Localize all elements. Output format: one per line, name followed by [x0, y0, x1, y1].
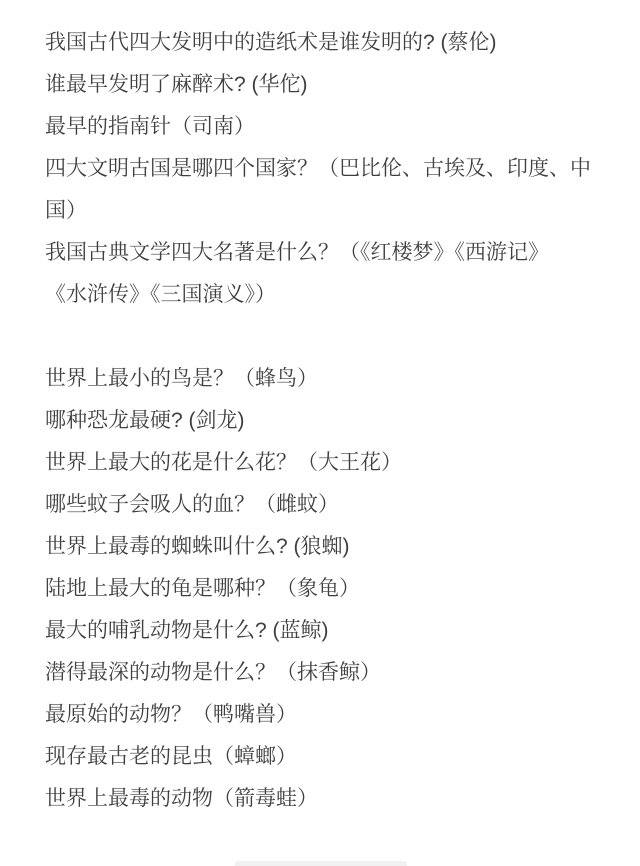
- quiz-line: 四大文明古国是哪四个国家？（巴比伦、古埃及、印度、中 国）: [45, 148, 606, 232]
- quiz-line: 世界上最毒的动物（箭毒蛙）: [45, 778, 606, 820]
- article-body: 我国古代四大发明中的造纸术是谁发明的? (蔡伦) 谁最早发明了麻醉术? (华佗)…: [0, 0, 640, 820]
- quiz-line: 哪些蚊子会吸人的血？（雌蚊）: [45, 484, 606, 526]
- quiz-section-nature-animals: 世界上最小的鸟是？（蜂鸟） 哪种恐龙最硬? (剑龙) 世界上最大的花是什么花？（…: [45, 358, 606, 820]
- quiz-line: 最早的指南针（司南）: [45, 106, 606, 148]
- quiz-line: 我国古典文学四大名著是什么？（《红楼梦》《西游记》 《水浒传》《三国演义》）: [45, 232, 606, 316]
- quiz-line: 我国古代四大发明中的造纸术是谁发明的? (蔡伦): [45, 22, 606, 64]
- quiz-line: 世界上最小的鸟是？（蜂鸟）: [45, 358, 606, 400]
- bottom-partial-bar: [235, 861, 407, 866]
- quiz-line: 潜得最深的动物是什么？（抹香鲸）: [45, 652, 606, 694]
- quiz-line: 最大的哺乳动物是什么? (蓝鲸): [45, 610, 606, 652]
- quiz-line: 谁最早发明了麻醉术? (华佗): [45, 64, 606, 106]
- quiz-section-history-culture: 我国古代四大发明中的造纸术是谁发明的? (蔡伦) 谁最早发明了麻醉术? (华佗)…: [45, 22, 606, 316]
- quiz-line: 世界上最大的花是什么花？（大王花）: [45, 442, 606, 484]
- quiz-line: 最原始的动物？（鸭嘴兽）: [45, 694, 606, 736]
- quiz-line: 世界上最毒的蜘蛛叫什么? (狼蜘): [45, 526, 606, 568]
- quiz-line: 陆地上最大的龟是哪种？（象龟）: [45, 568, 606, 610]
- quiz-line: 现存最古老的昆虫（蟑螂）: [45, 736, 606, 778]
- quiz-line: 哪种恐龙最硬? (剑龙): [45, 400, 606, 442]
